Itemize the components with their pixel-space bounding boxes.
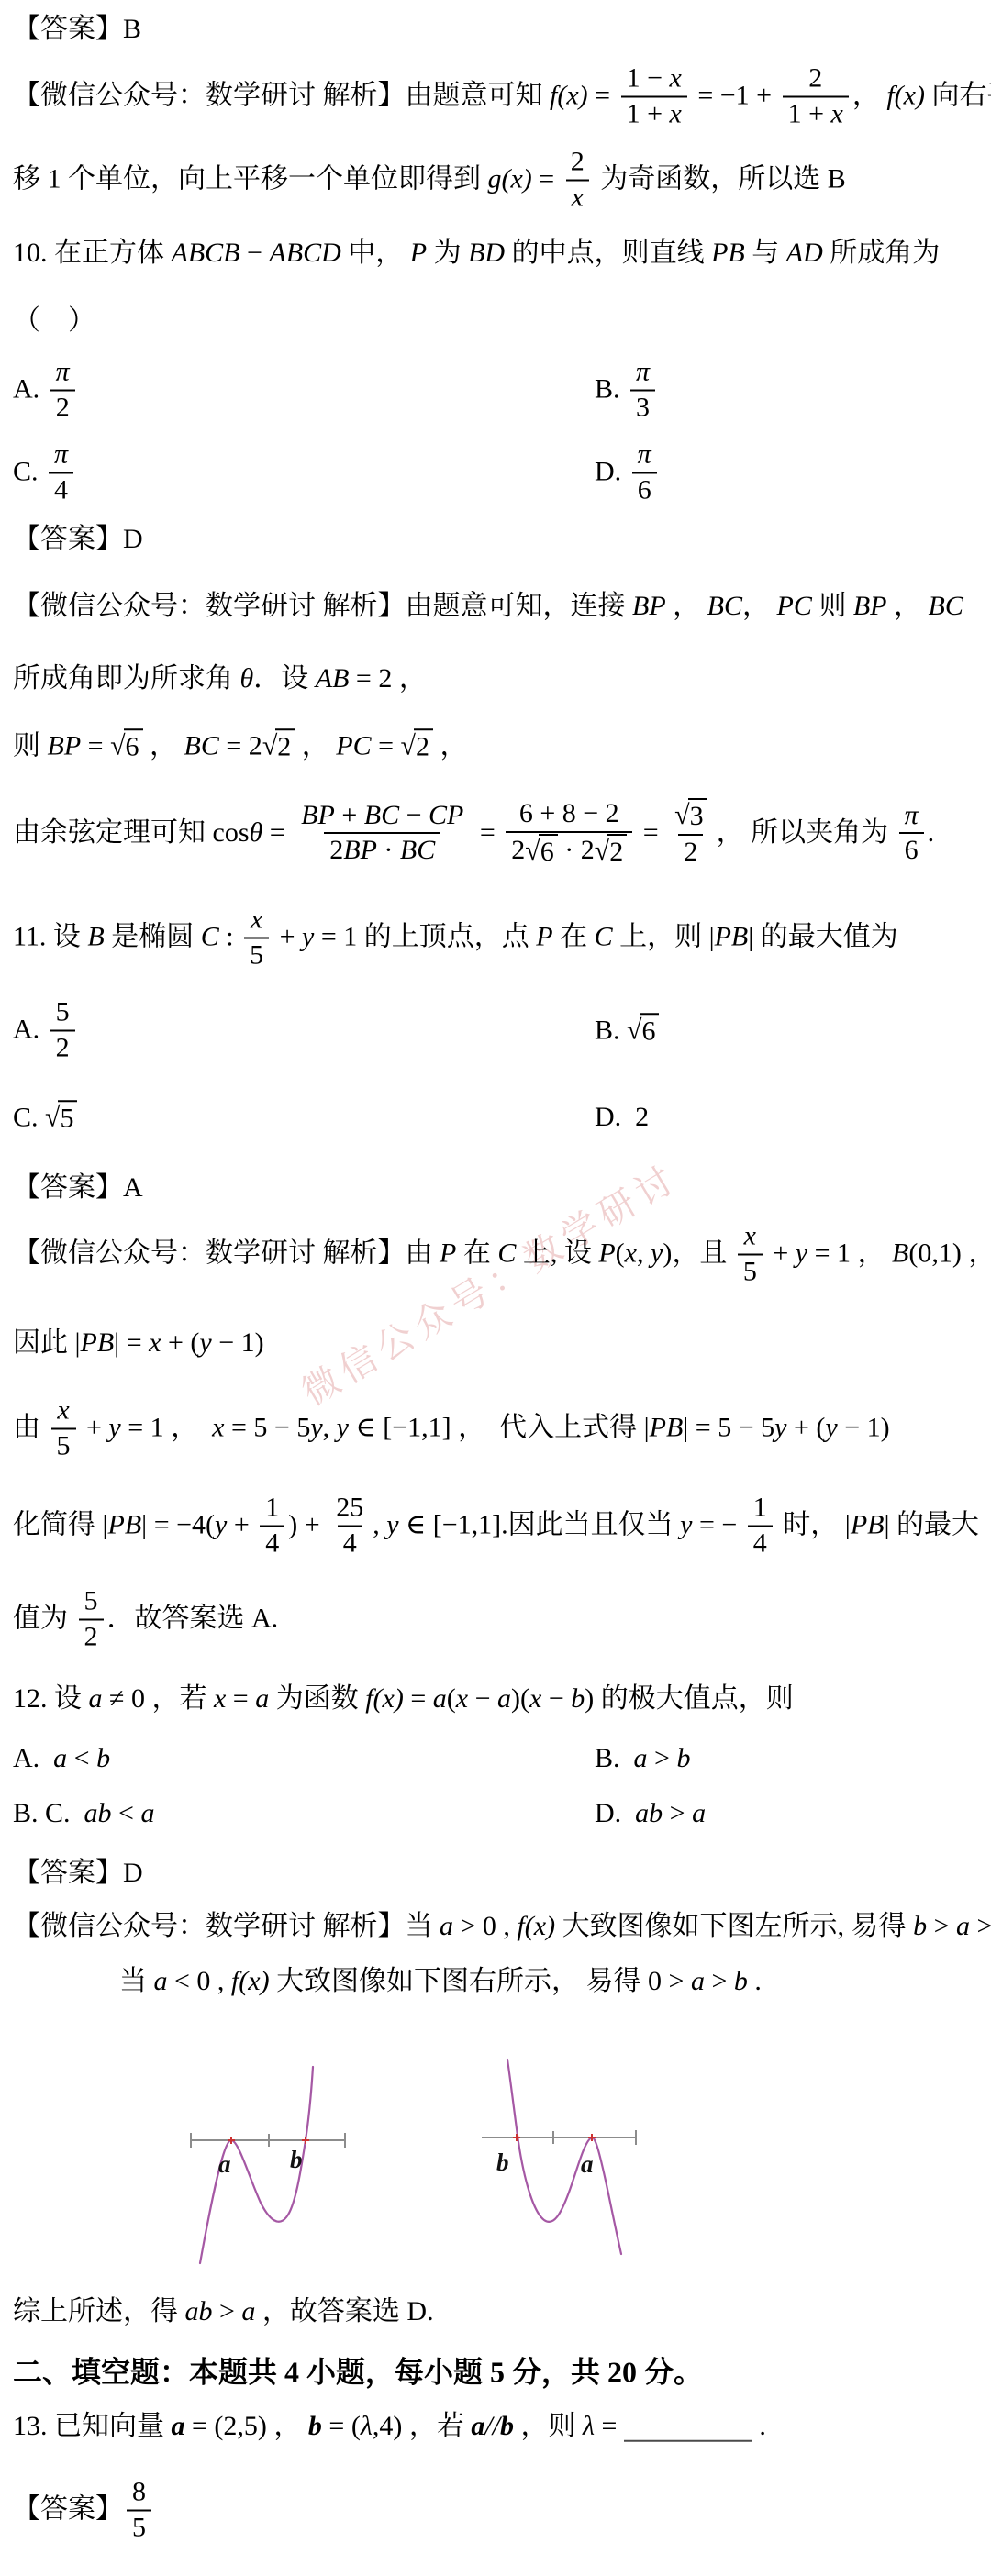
fraction: x5 — [51, 1394, 76, 1463]
fraction-denominator: 4 — [49, 472, 73, 507]
choice-10-D: D. π6 — [595, 439, 661, 507]
text: f(x) — [365, 1683, 404, 1715]
square-root: √3 — [674, 798, 707, 833]
text: x — [572, 182, 584, 214]
fraction-denominator: 5 — [244, 937, 269, 972]
text: 【微信公众号：数学研讨 解析】由题意可知 — [13, 81, 550, 113]
fraction-denominator: 4 — [748, 1525, 773, 1560]
text: 的中点，则直线 — [505, 238, 711, 270]
text: ( — [447, 1683, 456, 1715]
choice-11-D: D. 2 — [595, 1102, 649, 1134]
explanation-12-line-2: 当 a < 0 , f(x) 大致图像如下图右所示， 易得 0 > a > b … — [119, 1966, 762, 1998]
text: 6 — [540, 837, 554, 869]
fraction-denominator: 2 — [50, 389, 75, 425]
fraction-denominator: 5 — [51, 1427, 76, 1463]
fraction-denominator: 2BP · BC — [324, 832, 440, 868]
text: x — [625, 1238, 637, 1271]
text: . — [748, 1966, 762, 1998]
text: π — [905, 800, 919, 832]
fraction-denominator: x — [566, 179, 589, 215]
fraction: 14 — [260, 1492, 284, 1560]
fraction-denominator: 2√6 · 2√2 — [506, 831, 632, 870]
explanation-10-line-3: 则 BP = √6 ， BC = 2√2 ， PC = √2 ， — [13, 728, 468, 763]
text: > 0 , — [453, 1911, 517, 1943]
text: + — [80, 1413, 109, 1445]
text: C. — [13, 1102, 45, 1134]
text: BC — [400, 835, 435, 867]
text: 3 — [690, 801, 704, 833]
text: ， — [852, 81, 887, 113]
text: x — [529, 1683, 541, 1715]
fraction-numerator: π — [630, 356, 655, 390]
text: 11. 设 — [13, 922, 87, 954]
radicand: 6 — [640, 1013, 659, 1048]
choice-12-D: D. ab > a — [595, 1798, 706, 1830]
fraction-numerator: 1 — [748, 1492, 773, 1526]
question-10: 10. 在正方体 ABCB − ABCD 中， P 为 BD 的中点，则直线 P… — [13, 238, 940, 270]
square-root: √5 — [45, 1100, 77, 1135]
text: 向右平 — [925, 81, 991, 113]
question-10-parens: （ ） — [13, 305, 95, 338]
radicand: 5 — [58, 1100, 77, 1135]
text: = — [532, 164, 562, 196]
text: // — [484, 2411, 500, 2443]
text: 6 — [126, 731, 139, 763]
point-label-a: a — [218, 2150, 231, 2178]
text: = — [81, 730, 110, 762]
text: · — [377, 835, 400, 867]
text: ．故答案选 A. — [107, 1604, 279, 1636]
text: x — [149, 1327, 161, 1360]
choice-11-B: B. √6 — [595, 1013, 659, 1048]
square-root: √2 — [401, 728, 433, 763]
text: ) — [511, 1683, 520, 1715]
fraction-denominator: 5 — [738, 1253, 763, 1289]
text: C — [429, 800, 447, 832]
text: BP — [48, 730, 82, 762]
fraction: 14 — [748, 1492, 773, 1560]
fraction-numerator: 1 − x — [621, 62, 687, 96]
fraction-denominator: 4 — [260, 1525, 284, 1560]
text: 1 + — [788, 98, 831, 130]
text: 大致图像如下图右所示， 易得 0 > — [270, 1966, 691, 1998]
text: 由 — [13, 1413, 48, 1445]
text: = — [588, 81, 618, 113]
fraction-denominator: 2 — [79, 1618, 104, 1654]
text: a — [497, 1683, 511, 1715]
text: y — [774, 1413, 786, 1445]
text: BC — [929, 591, 963, 623]
text: y — [199, 1327, 211, 1360]
fraction-numerator: 5 — [50, 996, 75, 1030]
text: 10. 在正方体 — [13, 238, 172, 270]
choice-10-C: C. π4 — [13, 439, 77, 507]
text: y — [337, 1413, 349, 1445]
fraction-denominator: 3 — [630, 389, 655, 425]
text: C — [497, 1238, 516, 1271]
choice-11-C: C. √5 — [13, 1100, 77, 1135]
text: 5 — [56, 997, 70, 1029]
text: ， — [887, 591, 929, 623]
text: = 1 的上顶点，点 — [314, 922, 536, 954]
left-function-graph: ab — [184, 2029, 367, 2279]
fraction-numerator: 2 — [565, 146, 590, 180]
explanation-9-line-1: 【微信公众号：数学研讨 解析】由题意可知 f(x) = 1 − x1 + x =… — [13, 62, 991, 131]
text: 1 — [753, 1493, 767, 1525]
text: P — [410, 238, 427, 270]
text: B. — [595, 1015, 627, 1047]
text: = — [262, 817, 292, 849]
fraction-denominator: 6 — [899, 832, 924, 868]
right-function-graph: ba — [473, 2029, 656, 2272]
text: y — [302, 922, 314, 954]
text: λ — [583, 2411, 595, 2443]
text: + — [335, 800, 364, 832]
text: x — [669, 63, 681, 95]
fraction: 52 — [50, 996, 75, 1065]
explanation-12-conclusion: 综上所述，得 ab > a ，故答案选 D. — [13, 2296, 434, 2328]
text: 大致图像如下图左所示, 易得 — [555, 1911, 913, 1943]
answer-blank — [624, 2411, 752, 2442]
text: a — [140, 1798, 154, 1830]
text: 1 − — [627, 63, 670, 95]
fraction-denominator: 2 — [678, 834, 703, 870]
text: 2 — [571, 147, 585, 179]
text: ， 所以夹角为 — [717, 817, 896, 849]
text: 2 — [808, 63, 822, 95]
fraction-denominator: 4 — [338, 1525, 362, 1560]
text: PB — [108, 1510, 142, 1542]
text: f(x) — [886, 81, 925, 113]
radical-sign: √ — [45, 1102, 60, 1134]
text: P — [536, 922, 552, 954]
text: b — [96, 1743, 110, 1775]
fraction: 21 + x — [783, 62, 849, 131]
text: ( — [520, 1683, 529, 1715]
square-root: √6 — [525, 834, 557, 869]
question-12: 12. 设 a ≠ 0 ，若 x = a 为函数 f(x) = a(x − a)… — [13, 1683, 794, 1715]
text: 12. 设 — [13, 1683, 89, 1715]
text: 2 — [329, 835, 343, 867]
text: C. — [13, 457, 45, 489]
text: g(x) — [488, 164, 532, 196]
text: 时， — [776, 1510, 845, 1542]
text: − — [468, 1683, 497, 1715]
text: a — [440, 1911, 453, 1943]
text: π — [636, 357, 650, 389]
text: BP — [853, 591, 887, 623]
text: ， — [742, 591, 777, 623]
text: BC — [707, 591, 742, 623]
text: = (2,5) ， — [185, 2411, 308, 2443]
text: B — [892, 1238, 908, 1271]
fraction-numerator: x — [51, 1394, 74, 1428]
fraction: x5 — [244, 904, 269, 972]
text: a — [53, 1743, 67, 1775]
text: 4 — [265, 1527, 279, 1560]
text: − 1) — [838, 1413, 890, 1445]
text: 2 — [84, 1621, 98, 1653]
text: > — [648, 1743, 677, 1775]
text: b — [500, 2411, 514, 2443]
text: D — [484, 238, 505, 270]
text: π — [54, 439, 68, 472]
radical-sign: √ — [110, 730, 125, 762]
text: ，则 — [514, 2411, 583, 2443]
fraction-numerator: 8 — [127, 2476, 151, 2510]
text: b — [913, 1911, 927, 1943]
radicand: 2 — [607, 834, 627, 869]
text: y — [386, 1510, 398, 1542]
question-11: 11. 设 B 是椭圆 C : x5 + y = 1 的上顶点，点 P 在 C … — [13, 904, 898, 972]
fraction-numerator: 1 — [260, 1492, 284, 1526]
text: 6 + 8 − 2 — [519, 798, 619, 830]
text: 上，则 — [613, 922, 709, 954]
fraction-numerator: π — [49, 439, 73, 472]
text: 5 — [57, 1430, 71, 1462]
fraction-numerator: π — [632, 439, 657, 472]
text: λ — [361, 2411, 373, 2443]
choice-12-A: A. a < b — [13, 1743, 110, 1775]
text: D. 2 — [595, 1102, 649, 1134]
text: + ( — [786, 1413, 825, 1445]
text: = 5 − 5 — [225, 1413, 311, 1445]
text: 与 — [745, 238, 786, 270]
text: 5 — [60, 1103, 73, 1135]
text: ， — [433, 730, 468, 762]
point-label-b: b — [496, 2149, 509, 2176]
text: 二、填空题：本题共 4 小题，每小题 5 分，共 20 分。 — [13, 2356, 703, 2390]
point-label-b: b — [290, 2146, 303, 2173]
text: − — [240, 238, 270, 270]
text: D — [321, 238, 341, 270]
answer-13: 【答案】85 — [13, 2476, 155, 2545]
fraction-denominator: 1 + x — [783, 95, 849, 131]
text: . — [928, 817, 935, 849]
radicand: 6 — [539, 834, 558, 869]
text: a — [634, 1743, 648, 1775]
text: AB — [316, 663, 350, 695]
text: ，且 — [672, 1238, 734, 1271]
text: 【答案】A — [13, 1172, 143, 1205]
text: y — [651, 1238, 663, 1271]
fraction-numerator: 5 — [79, 1585, 104, 1619]
text: < — [67, 1743, 96, 1775]
question-13: 13. 已知向量 a = (2,5) ， b = (λ,4) ，若 a//b ，… — [13, 2411, 766, 2443]
fraction: 2x — [565, 146, 590, 215]
text: = 1 ， — [807, 1238, 892, 1271]
text: = — [372, 730, 401, 762]
text: 由余弦定理可知 cos — [13, 817, 250, 849]
square-root: √6 — [627, 1013, 659, 1048]
text: ，故答案选 D. — [255, 2296, 433, 2328]
answer-10: 【答案】D — [13, 524, 143, 556]
text: x — [744, 1221, 756, 1253]
point-label-a: a — [581, 2150, 594, 2178]
text: = 5 − 5 — [688, 1413, 774, 1445]
text: 为 — [427, 238, 468, 270]
text: + — [227, 1510, 256, 1542]
text: 的最大值为 — [753, 922, 898, 954]
text: = −1 + — [691, 81, 779, 113]
text: y — [825, 1413, 837, 1445]
text: ∈ [−1,1].因此当且仅当 — [399, 1510, 681, 1542]
text: 当 — [119, 1966, 154, 1998]
text: 所成角即为所求角 — [13, 663, 240, 695]
text: ．设 — [253, 663, 316, 695]
text: 值为 — [13, 1604, 75, 1636]
text: PB — [851, 1510, 885, 1542]
text: ) — [288, 1510, 297, 1542]
text: f(x) — [231, 1966, 270, 1998]
text: 【答案】D — [13, 1858, 143, 1890]
radicand: 3 — [688, 798, 707, 833]
text: 【微信公众号：数学研讨 解析】当 — [13, 1911, 440, 1943]
text: ab — [84, 1798, 112, 1830]
explanation-10-line-4: 由余弦定理可知 cosθ = BP + BC − CP2BP · BC = 6 … — [13, 797, 934, 869]
text: C — [303, 238, 321, 270]
text: ， — [143, 730, 184, 762]
explanation-11-line-5: 值为 52．故答案选 A. — [13, 1585, 278, 1654]
choice-12-C: B. C. ab < a — [13, 1798, 154, 1830]
text: x — [831, 98, 843, 130]
text: D. — [595, 1798, 635, 1830]
text: a — [471, 2411, 484, 2443]
text: θ — [240, 663, 254, 695]
text: θ — [250, 817, 263, 849]
text: 5 — [250, 939, 263, 972]
text: a — [691, 1966, 705, 1998]
text: y — [310, 1413, 322, 1445]
text: BC — [364, 800, 399, 832]
text: π — [56, 357, 70, 389]
text: b — [734, 1966, 748, 1998]
text: , — [323, 1413, 337, 1445]
text: < 0 , — [168, 1966, 231, 1998]
explanation-11-line-3: 由 x5 + y = 1 ， x = 5 − 5y, y ∈ [−1,1] ， … — [13, 1394, 890, 1463]
text: 5 — [132, 2512, 146, 2544]
text: = 2 ， — [349, 663, 426, 695]
text: > — [213, 2296, 242, 2328]
text: = 2 — [219, 730, 262, 762]
fraction-numerator: π — [50, 356, 75, 390]
explanation-11-line-4: 化简得 |PB| = −4(y + 14) + 254, y ∈ [−1,1].… — [13, 1492, 979, 1560]
choice-10-A: A. π2 — [13, 356, 79, 425]
text: b — [571, 1683, 585, 1715]
text: a — [433, 1683, 447, 1715]
square-root: √2 — [595, 834, 627, 869]
radical-sign: √ — [401, 730, 416, 762]
text: BP — [343, 835, 377, 867]
text: P — [598, 1238, 615, 1271]
text: f(x) — [517, 1911, 555, 1943]
text: 则 — [812, 591, 853, 623]
fraction: √32 — [669, 797, 712, 869]
text: a — [241, 2296, 255, 2328]
answer-11: 【答案】A — [13, 1172, 143, 1205]
text: ABCB — [172, 238, 240, 270]
text: 【答案】B — [13, 14, 141, 46]
text: 4 — [54, 474, 68, 506]
radical-sign: √ — [674, 800, 689, 832]
text: = −4( — [147, 1510, 215, 1542]
text: 2 — [56, 392, 70, 424]
text: , — [373, 1510, 386, 1542]
text: 4 — [343, 1527, 357, 1560]
answer-12: 【答案】D — [13, 1858, 143, 1890]
text: B — [468, 238, 484, 270]
explanation-11-line-1: 【微信公众号：数学研讨 解析】由 P 在 C 上, 设 P(x, y)，且 x5… — [13, 1220, 991, 1289]
text: 在 — [553, 922, 595, 954]
text: b — [308, 2411, 322, 2443]
text: 13. 已知向量 — [13, 2411, 172, 2443]
text: f(x) — [550, 81, 588, 113]
fraction-numerator: √3 — [669, 797, 712, 834]
text: = ( — [322, 2411, 361, 2443]
text: 6 — [638, 474, 651, 506]
fraction: π6 — [899, 799, 924, 868]
fraction-denominator: 1 + x — [621, 95, 687, 131]
text: y — [680, 1510, 692, 1542]
text: = — [119, 1327, 149, 1360]
text: x — [669, 98, 681, 130]
text: b — [676, 1743, 690, 1775]
text: 【答案】 — [13, 2494, 123, 2526]
text: > — [705, 1966, 734, 1998]
text: ∈ [−1,1] ， 代入上式得 — [349, 1413, 644, 1445]
text: = — [404, 1683, 433, 1715]
text: C — [201, 922, 219, 954]
text: A. — [13, 1015, 47, 1047]
explanation-12-line-1: 【微信公众号：数学研讨 解析】当 a > 0 , f(x) 大致图像如下图左所示… — [13, 1911, 991, 1943]
text: < — [112, 1798, 141, 1830]
text: a — [692, 1798, 706, 1830]
section-2-header: 二、填空题：本题共 4 小题，每小题 5 分，共 20 分。 — [13, 2356, 703, 2390]
text: PB — [81, 1327, 115, 1360]
text: BP — [301, 800, 335, 832]
explanation-10-line-2: 所成角即为所求角 θ．设 AB = 2 ， — [13, 663, 427, 695]
text: a — [154, 1966, 168, 1998]
text: > — [663, 1798, 692, 1830]
text: 2 — [56, 1032, 70, 1064]
square-root: √6 — [110, 728, 142, 763]
text: 因此 — [13, 1327, 75, 1360]
text: （ ） — [13, 305, 95, 338]
fraction-numerator: π — [899, 799, 924, 833]
fraction: π6 — [632, 439, 657, 507]
text: = 1 ， — [121, 1413, 212, 1445]
fraction-numerator: x — [245, 904, 268, 938]
fraction: x5 — [738, 1220, 763, 1289]
text: − 1) — [212, 1327, 264, 1360]
text: x — [251, 905, 262, 937]
text: y — [108, 1413, 120, 1445]
text: x — [456, 1683, 468, 1715]
fraction: 52 — [79, 1585, 104, 1654]
text: PC — [777, 591, 812, 623]
text: ( — [616, 1238, 625, 1271]
text: 为奇函数，所以选 B — [594, 164, 846, 196]
fraction-denominator: 6 — [632, 472, 657, 507]
text: 25 — [336, 1493, 363, 1525]
text: 在 — [456, 1238, 497, 1271]
text: A. — [13, 374, 47, 406]
text: = — [595, 2411, 624, 2443]
text: x — [214, 1683, 226, 1715]
text: B. — [595, 1743, 634, 1775]
text: 6 — [641, 1016, 655, 1048]
text: > — [927, 1911, 956, 1943]
